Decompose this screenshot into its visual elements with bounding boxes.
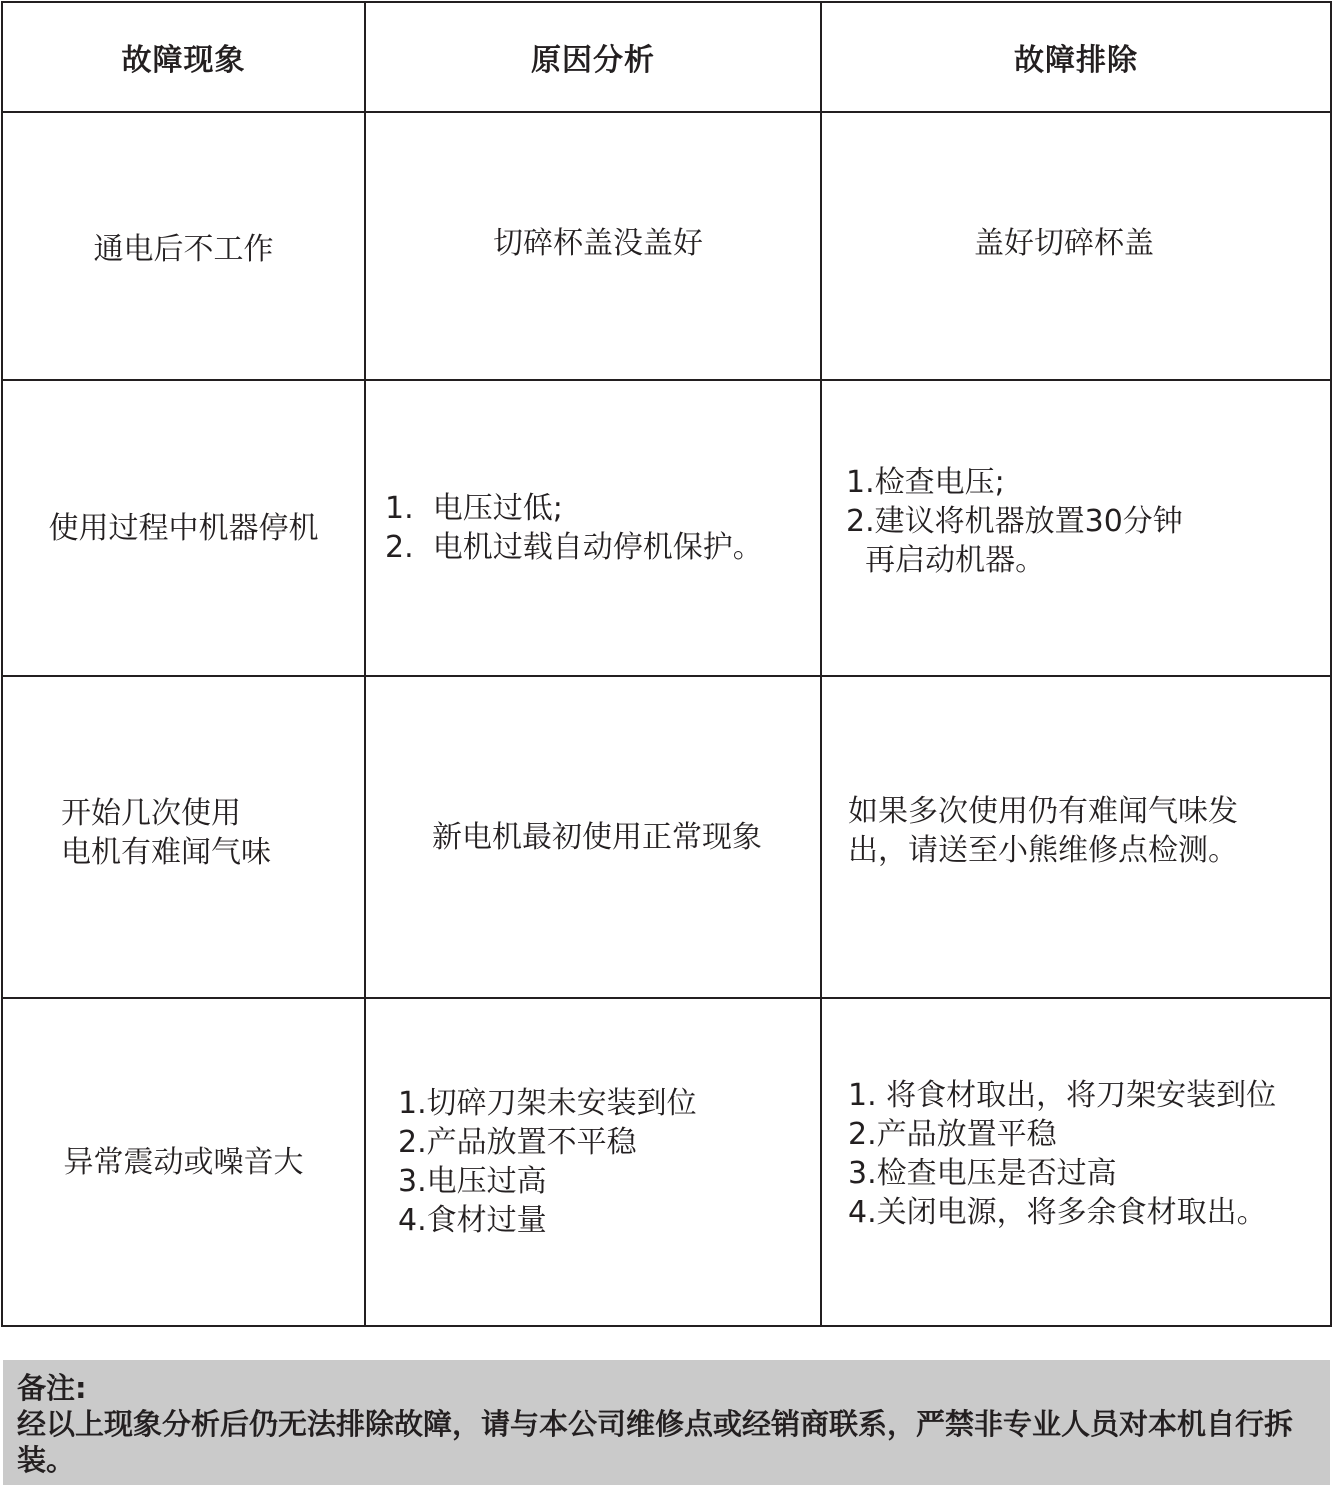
table-row: 异常震动或噪音大 1.切碎刀架未安装到位 2.产品放置不平稳 3.电压过高 4.…: [2, 998, 1331, 1326]
note-title: 备注:: [17, 1370, 1318, 1406]
solution-text: 盖好切碎杯盖: [822, 224, 1330, 263]
solution-cell: 1.检查电压; 2.建议将机器放置30分钟 再启动机器。: [821, 380, 1331, 676]
cause-text: 切碎杯盖没盖好: [366, 224, 820, 263]
symptom-text: 通电后不工作: [3, 230, 364, 269]
solution-cell: 如果多次使用仍有难闻气味发 出，请送至小熊维修点检测。: [821, 676, 1331, 998]
solution-text: 如果多次使用仍有难闻气味发 出，请送至小熊维修点检测。: [822, 792, 1330, 870]
solution-text: 1. 将食材取出，将刀架安装到位 2.产品放置平稳 3.检查电压是否过高 4.关…: [822, 1076, 1330, 1232]
table-header-row: 故障现象 原因分析 故障排除: [2, 2, 1331, 112]
table-row: 通电后不工作 切碎杯盖没盖好 盖好切碎杯盖: [2, 112, 1331, 380]
solution-text: 1.检查电压; 2.建议将机器放置30分钟 再启动机器。: [822, 463, 1330, 580]
table-row: 开始几次使用 电机有难闻气味 新电机最初使用正常现象 如果多次使用仍有难闻气味发…: [2, 676, 1331, 998]
symptom-cell: 开始几次使用 电机有难闻气味: [2, 676, 365, 998]
symptom-cell: 使用过程中机器停机: [2, 380, 365, 676]
header-solution: 故障排除: [821, 2, 1331, 112]
note-body: 经以上现象分析后仍无法排除故障，请与本公司维修点或经销商联系，严禁非专业人员对本…: [17, 1406, 1318, 1478]
troubleshooting-table: 故障现象 原因分析 故障排除 通电后不工作 切碎杯盖没盖好 盖好切碎杯盖 使用过…: [1, 1, 1332, 1327]
note-box: 备注: 经以上现象分析后仍无法排除故障，请与本公司维修点或经销商联系，严禁非专业…: [3, 1360, 1330, 1485]
symptom-cell: 异常震动或噪音大: [2, 998, 365, 1326]
cause-cell: 1.切碎刀架未安装到位 2.产品放置不平稳 3.电压过高 4.食材过量: [365, 998, 821, 1326]
symptom-text: 异常震动或噪音大: [3, 1143, 364, 1182]
cause-text: 1. 电压过低; 2. 电机过载自动停机保护。: [366, 489, 820, 567]
symptom-text: 使用过程中机器停机: [3, 509, 364, 548]
header-cause: 原因分析: [365, 2, 821, 112]
cause-text: 新电机最初使用正常现象: [366, 818, 820, 857]
cause-cell: 切碎杯盖没盖好: [365, 112, 821, 380]
header-symptom: 故障现象: [2, 2, 365, 112]
table-row: 使用过程中机器停机 1. 电压过低; 2. 电机过载自动停机保护。 1.检查电压…: [2, 380, 1331, 676]
cause-text: 1.切碎刀架未安装到位 2.产品放置不平稳 3.电压过高 4.食材过量: [366, 1084, 820, 1240]
symptom-text: 开始几次使用 电机有难闻气味: [3, 794, 364, 872]
symptom-cell: 通电后不工作: [2, 112, 365, 380]
solution-cell: 1. 将食材取出，将刀架安装到位 2.产品放置平稳 3.检查电压是否过高 4.关…: [821, 998, 1331, 1326]
cause-cell: 新电机最初使用正常现象: [365, 676, 821, 998]
cause-cell: 1. 电压过低; 2. 电机过载自动停机保护。: [365, 380, 821, 676]
solution-cell: 盖好切碎杯盖: [821, 112, 1331, 380]
